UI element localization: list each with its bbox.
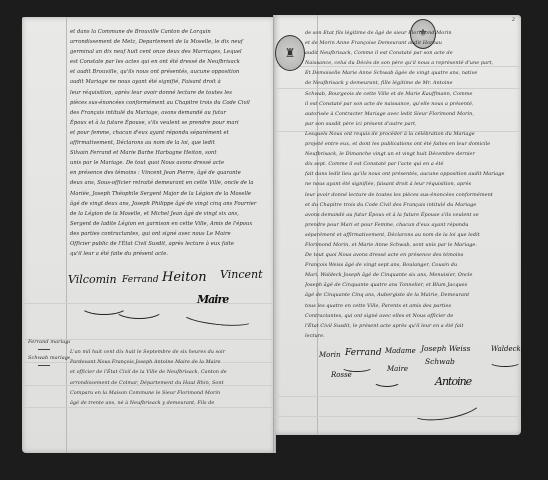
signature-flourish (114, 299, 164, 319)
text-line: et de Morin Anne Françoise Demeurant aud… (305, 38, 519, 48)
signature: Joseph Weiss (421, 344, 470, 353)
text-line: audit Mariage ne nous ayant été signifié… (70, 77, 270, 87)
text-line: pièces sus-énoncées conformément au Chap… (70, 98, 270, 108)
signature-flourish (373, 375, 401, 387)
text-line: en présence des témoins : Vincent Jean P… (70, 168, 270, 178)
text-line: ne nous ayant été signifiée, faisant dro… (305, 179, 519, 189)
text-line: Neufbrisack, le Dimanche vingt un et vin… (305, 149, 519, 159)
text-line: deux ans, Sous-officier retraité demeura… (70, 178, 270, 188)
signature: Antoine (435, 375, 471, 388)
text-line: de la Légion de la Moselle, et Michel Je… (70, 209, 270, 219)
text-line: autorisée à Contracter Mariage avec ledi… (305, 109, 519, 119)
text-line: avons demandé au futur Époux et à la fut… (305, 210, 519, 220)
text-line: Et Demoiselle Marie Anne Schwab âgée de … (305, 68, 519, 78)
text-line: Sergent de ladite Légion en garnison en … (70, 219, 270, 229)
signature: Rossé (331, 371, 352, 379)
divider (38, 349, 50, 350)
text-line: et dans la Commune de Brouville Canton d… (70, 27, 270, 37)
signature-flourish (341, 362, 373, 372)
text-line: et pour femme, chacun d'eux ayant répond… (70, 128, 270, 138)
ruling-line (275, 416, 521, 417)
signature: Waldeck (491, 345, 521, 353)
margin-note: Schwab mariage (28, 353, 70, 363)
ruling-line (275, 396, 521, 397)
text-line: projeté entre eux, et dont les publicati… (305, 139, 519, 149)
text-line: affirmativement, Déclarons au nom de la … (70, 138, 270, 148)
marriage-act-text: de son Etat fils légitime de âgé de sieu… (305, 28, 519, 341)
text-line: Mari, Waldeck Joseph âgé de Cinquante si… (305, 270, 519, 280)
text-line: et audit Brouville, qu'ils nous ont prés… (70, 67, 270, 77)
text-line: leur réquisition, après leur avoir donné… (70, 88, 270, 98)
signature: Vincent (220, 268, 263, 281)
text-line: arrondissement de Metz, Departement de l… (70, 37, 270, 47)
text-line: dix sept. Comme il est Constaté par l'ac… (305, 159, 519, 169)
official-stamp: ♜ (275, 35, 305, 71)
text-line: Naissance, celui du Décès de son père qu… (305, 58, 519, 68)
margin-note: Ferrand mariage (28, 337, 70, 347)
scanned-register-image: et dans la Commune de Brouville Canton d… (0, 0, 548, 480)
signature: Vilcomin (68, 273, 117, 286)
text-line: des parties contractantes, qui ont signé… (70, 229, 270, 239)
text-line: est Constate par les actes qui en ont ét… (70, 57, 270, 67)
text-line: l'État Civil Susdit, le présent acte apr… (305, 321, 519, 331)
text-line: séparément et affirmativement, Déclarons… (305, 230, 519, 240)
marriage-act-text: et dans la Commune de Brouville Canton d… (70, 27, 270, 259)
text-line: L'an mil huit cent dix huit le Septembre… (70, 347, 270, 357)
text-line: Contractantes, qui ont signé avec elles … (305, 311, 519, 321)
text-line: Silvain Ferrand et Marie Barbe Harbagne … (70, 148, 270, 158)
signature: Maire (197, 293, 228, 306)
margin-notes: Ferrand mariage Schwab mariage (28, 337, 70, 369)
signature-flourish (489, 357, 521, 367)
signature: Maire (387, 365, 408, 373)
text-line: Officier public de l'État Civil Susdit, … (70, 239, 270, 249)
signature: Ferrand (345, 348, 382, 358)
text-line: prendre pour Mari et pour Femme, chacun … (305, 220, 519, 230)
text-line: arrondissement de Colmar, Département du… (70, 378, 270, 388)
signature: Ferrand (122, 275, 159, 285)
text-line: âgé de vingt deux ans, Joseph Philippe â… (70, 199, 270, 209)
text-line: François Weiss âgé de vingt sept ans, Bo… (305, 260, 519, 270)
signature: Morin (319, 351, 340, 359)
text-line: Époux et à la future Épouse, s'ils veule… (70, 118, 270, 128)
signature: Madame (385, 347, 416, 355)
text-line: il est Constaté par son acte de naissanc… (305, 99, 519, 109)
text-line: tous les quatre en cette Ville, Parents … (305, 301, 519, 311)
text-line: unis par le Mariage. De tout quoi Nous a… (70, 158, 270, 168)
text-line: des Français intitulé du Mariage, avons … (70, 108, 270, 118)
text-line: de Neufbrisack y demeurant, fille légiti… (305, 78, 519, 88)
signature-flourish (408, 389, 483, 425)
text-line: Pardevant Nous François Joseph Antoine M… (70, 357, 270, 367)
text-line: Joseph âgé de Cinquante quatre ans Tonne… (305, 280, 519, 290)
text-line: Mariée, Joseph Théophile Sergent Major d… (70, 189, 270, 199)
allegorical-figure-icon: ♜ (285, 47, 296, 59)
text-line: de son Etat fils légitime de âgé de sieu… (305, 28, 519, 38)
text-line: Comparu en la Maison Commune le Sieur Fl… (70, 388, 270, 398)
text-line: et officier de l'État Civil de la Ville … (70, 367, 270, 377)
text-line: âgé de Cinquante Cinq ans, Aubergiste de… (305, 290, 519, 300)
text-line: fait dans ledit lieu qu'ils nous ont pré… (305, 169, 519, 179)
text-line: germinal an dix neuf huit cent onze deux… (70, 47, 270, 57)
signature: Heiton (162, 270, 207, 285)
divider (38, 365, 50, 366)
margin-rule (66, 17, 67, 453)
signature-flourish (181, 305, 254, 328)
text-line: De tout quoi Nous avons dressé acte en p… (305, 250, 519, 260)
right-page: 2 ♜ ⚜ de son Etat fils légitime de âgé d… (275, 15, 521, 435)
text-line: Schwab, Bourgeois de cette Ville et de M… (305, 89, 519, 99)
signature: Schwab (425, 357, 455, 366)
left-page: et dans la Commune de Brouville Canton d… (22, 17, 275, 453)
text-line: lecture. (305, 331, 519, 341)
text-line: et du Chapitre trois du Code Civil des F… (305, 200, 519, 210)
second-act-text: L'an mil huit cent dix huit le Septembre… (70, 347, 270, 408)
text-line: Lesquels Nous ont requis de procéder à l… (305, 129, 519, 139)
text-line: Florimond Morin, et Marie Anne Schwab, s… (305, 240, 519, 250)
text-line: qu'il leur a été faite du présent acte. (70, 249, 270, 259)
text-line: leur avoir donné lecture de toutes les p… (305, 190, 519, 200)
text-line: âgé de trente ans, né à Neufbrisack y de… (70, 398, 270, 408)
text-line: audit Neufbrisack, Comme il est Constaté… (305, 48, 519, 58)
text-line: par son susdit père ici présent d'autre … (305, 119, 519, 129)
folio-number: 2 (512, 17, 515, 23)
